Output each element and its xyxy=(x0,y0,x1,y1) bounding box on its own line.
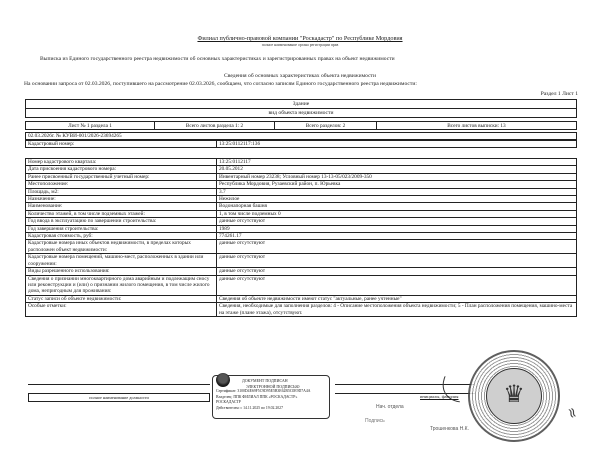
property-row: Особые отметки:Сведения, необходимые для… xyxy=(26,303,576,316)
info-title: Сведения об основных характеристиках объ… xyxy=(0,73,600,79)
property-value: 1, в том числе подземных 0 xyxy=(217,211,576,217)
record-date-number: 02.03.2026г. № КУВИ-001/2026-23694265 xyxy=(25,132,577,140)
property-label: Номер кадастрового квартала: xyxy=(26,159,217,165)
property-row: Сведения о признании многоквартирного до… xyxy=(26,276,576,296)
property-label: Кадастровые номера иных объектов недвижи… xyxy=(26,240,217,253)
property-label: Статус записи об объекте недвижимости: xyxy=(26,296,217,302)
property-value: данные отсутствуют xyxy=(217,268,576,274)
property-value: 3.7 xyxy=(217,189,576,195)
organization-caption: полное наименование органа регистрации п… xyxy=(0,43,600,47)
property-value: Нежилое xyxy=(217,196,576,202)
property-label: Год завершения строительства: xyxy=(26,226,217,232)
valid-text: Действителен: с 14.11.2025 по 19.02.2027 xyxy=(216,406,329,412)
property-row: Дата присвоения кадастрового номера:20.0… xyxy=(26,166,576,173)
property-label: Количество этажей, в том числе подземных… xyxy=(26,211,217,217)
organization-name: Филиал публично-правовой компании "Роска… xyxy=(0,35,600,42)
property-label: Назначение: xyxy=(26,196,217,202)
property-row: Площадь, м2:3.7 xyxy=(26,189,576,196)
property-label: Кадастровая стоимость, руб: xyxy=(26,233,217,239)
property-value: 1989 xyxy=(217,226,576,232)
property-row: Статус записи об объекте недвижимости:Св… xyxy=(26,296,576,303)
cadastral-number-value: 13:25:0112117:136 xyxy=(217,141,576,147)
property-label: Год ввода в эксплуатацию по завершении с… xyxy=(26,218,217,224)
section-sheets: Всего листов раздела 1: 2 xyxy=(155,122,275,129)
cadastral-number-row: Кадастровый номер: 13:25:0112117:136 xyxy=(25,140,577,148)
handwritten-position: Нач. отдела xyxy=(376,404,404,410)
property-value: 13:25:0112117 xyxy=(217,159,576,165)
extract-title: Выписка из Единого государственного реес… xyxy=(40,56,395,62)
position-caption: полное наименование должности xyxy=(28,393,210,402)
property-value: 20.05.2012 xyxy=(217,166,576,172)
properties-table: Номер кадастрового квартала:13:25:011211… xyxy=(25,158,577,317)
property-value: Водонапорная башня xyxy=(217,203,576,209)
property-row: Кадастровые номера иных объектов недвижи… xyxy=(26,240,576,254)
property-value: 774261.17 xyxy=(217,233,576,239)
handwritten-mark-icon: ≈ xyxy=(562,405,581,421)
property-row: Назначение:Нежилое xyxy=(26,196,576,203)
property-value: Сведения, необходимые для заполнения раз… xyxy=(217,303,576,316)
basis-text: На основании запроса от 02.03.2026, пост… xyxy=(24,81,417,87)
cadastral-number-label: Кадастровый номер: xyxy=(26,141,217,147)
property-label: Дата присвоения кадастрового номера: xyxy=(26,166,217,172)
property-value: данные отсутствуют xyxy=(217,240,576,253)
property-row: Номер кадастрового квартала:13:25:011211… xyxy=(26,159,576,166)
property-value: Сведения об объекте недвижимости имеют с… xyxy=(217,296,576,302)
sections-total: Всего разделов: 2 xyxy=(275,122,377,129)
property-label: Площадь, м2: xyxy=(26,189,217,195)
property-row: Местоположение:Республика Мордовия, Руза… xyxy=(26,181,576,188)
section-label: Раздел 1 Лист 1 xyxy=(541,91,578,97)
property-value: данные отсутствуют xyxy=(217,218,576,224)
property-label: Ранее присвоенный государственный учетны… xyxy=(26,174,217,180)
property-row: Наименование:Водонапорная башня xyxy=(26,203,576,210)
sheet-info-table: Лист № 1 раздела 1 Всего листов раздела … xyxy=(25,121,577,130)
sheet-number: Лист № 1 раздела 1 xyxy=(26,122,155,129)
object-type-caption: вид объекта недвижимости xyxy=(25,108,577,118)
handwritten-signature: Подпись xyxy=(365,418,385,424)
property-row: Год ввода в эксплуатацию по завершении с… xyxy=(26,218,576,225)
property-label: Местоположение: xyxy=(26,181,217,187)
property-row: Виды разрешенного использования:данные о… xyxy=(26,268,576,275)
extract-sheets: Всего листов выписки: 13 xyxy=(377,122,576,129)
globe-emblem-icon xyxy=(216,373,230,387)
eagle-emblem-icon: ♛ xyxy=(500,378,528,412)
property-row: Год завершения строительства:1989 xyxy=(26,226,576,233)
property-label: Наименование: xyxy=(26,203,217,209)
property-label: Особые отметки: xyxy=(26,303,217,316)
property-row: Количество этажей, в том числе подземных… xyxy=(26,211,576,218)
property-label: Сведения о признании многоквартирного до… xyxy=(26,276,217,295)
property-value: данные отсутствуют xyxy=(217,276,576,295)
property-row: Кадастровые номера помещений, машино-мес… xyxy=(26,254,576,268)
property-label: Кадастровые номера помещений, машино-мес… xyxy=(26,254,217,267)
handwritten-name: Трошенкова Н.К. xyxy=(430,426,469,432)
property-label: Виды разрешенного использования: xyxy=(26,268,217,274)
property-value: Республика Мордовия, Рузаевский район, п… xyxy=(217,181,576,187)
property-value: Инвентарный номер 23238; Условный номер … xyxy=(217,174,576,180)
position-line xyxy=(28,384,210,385)
property-value: данные отсутствуют xyxy=(217,254,576,267)
